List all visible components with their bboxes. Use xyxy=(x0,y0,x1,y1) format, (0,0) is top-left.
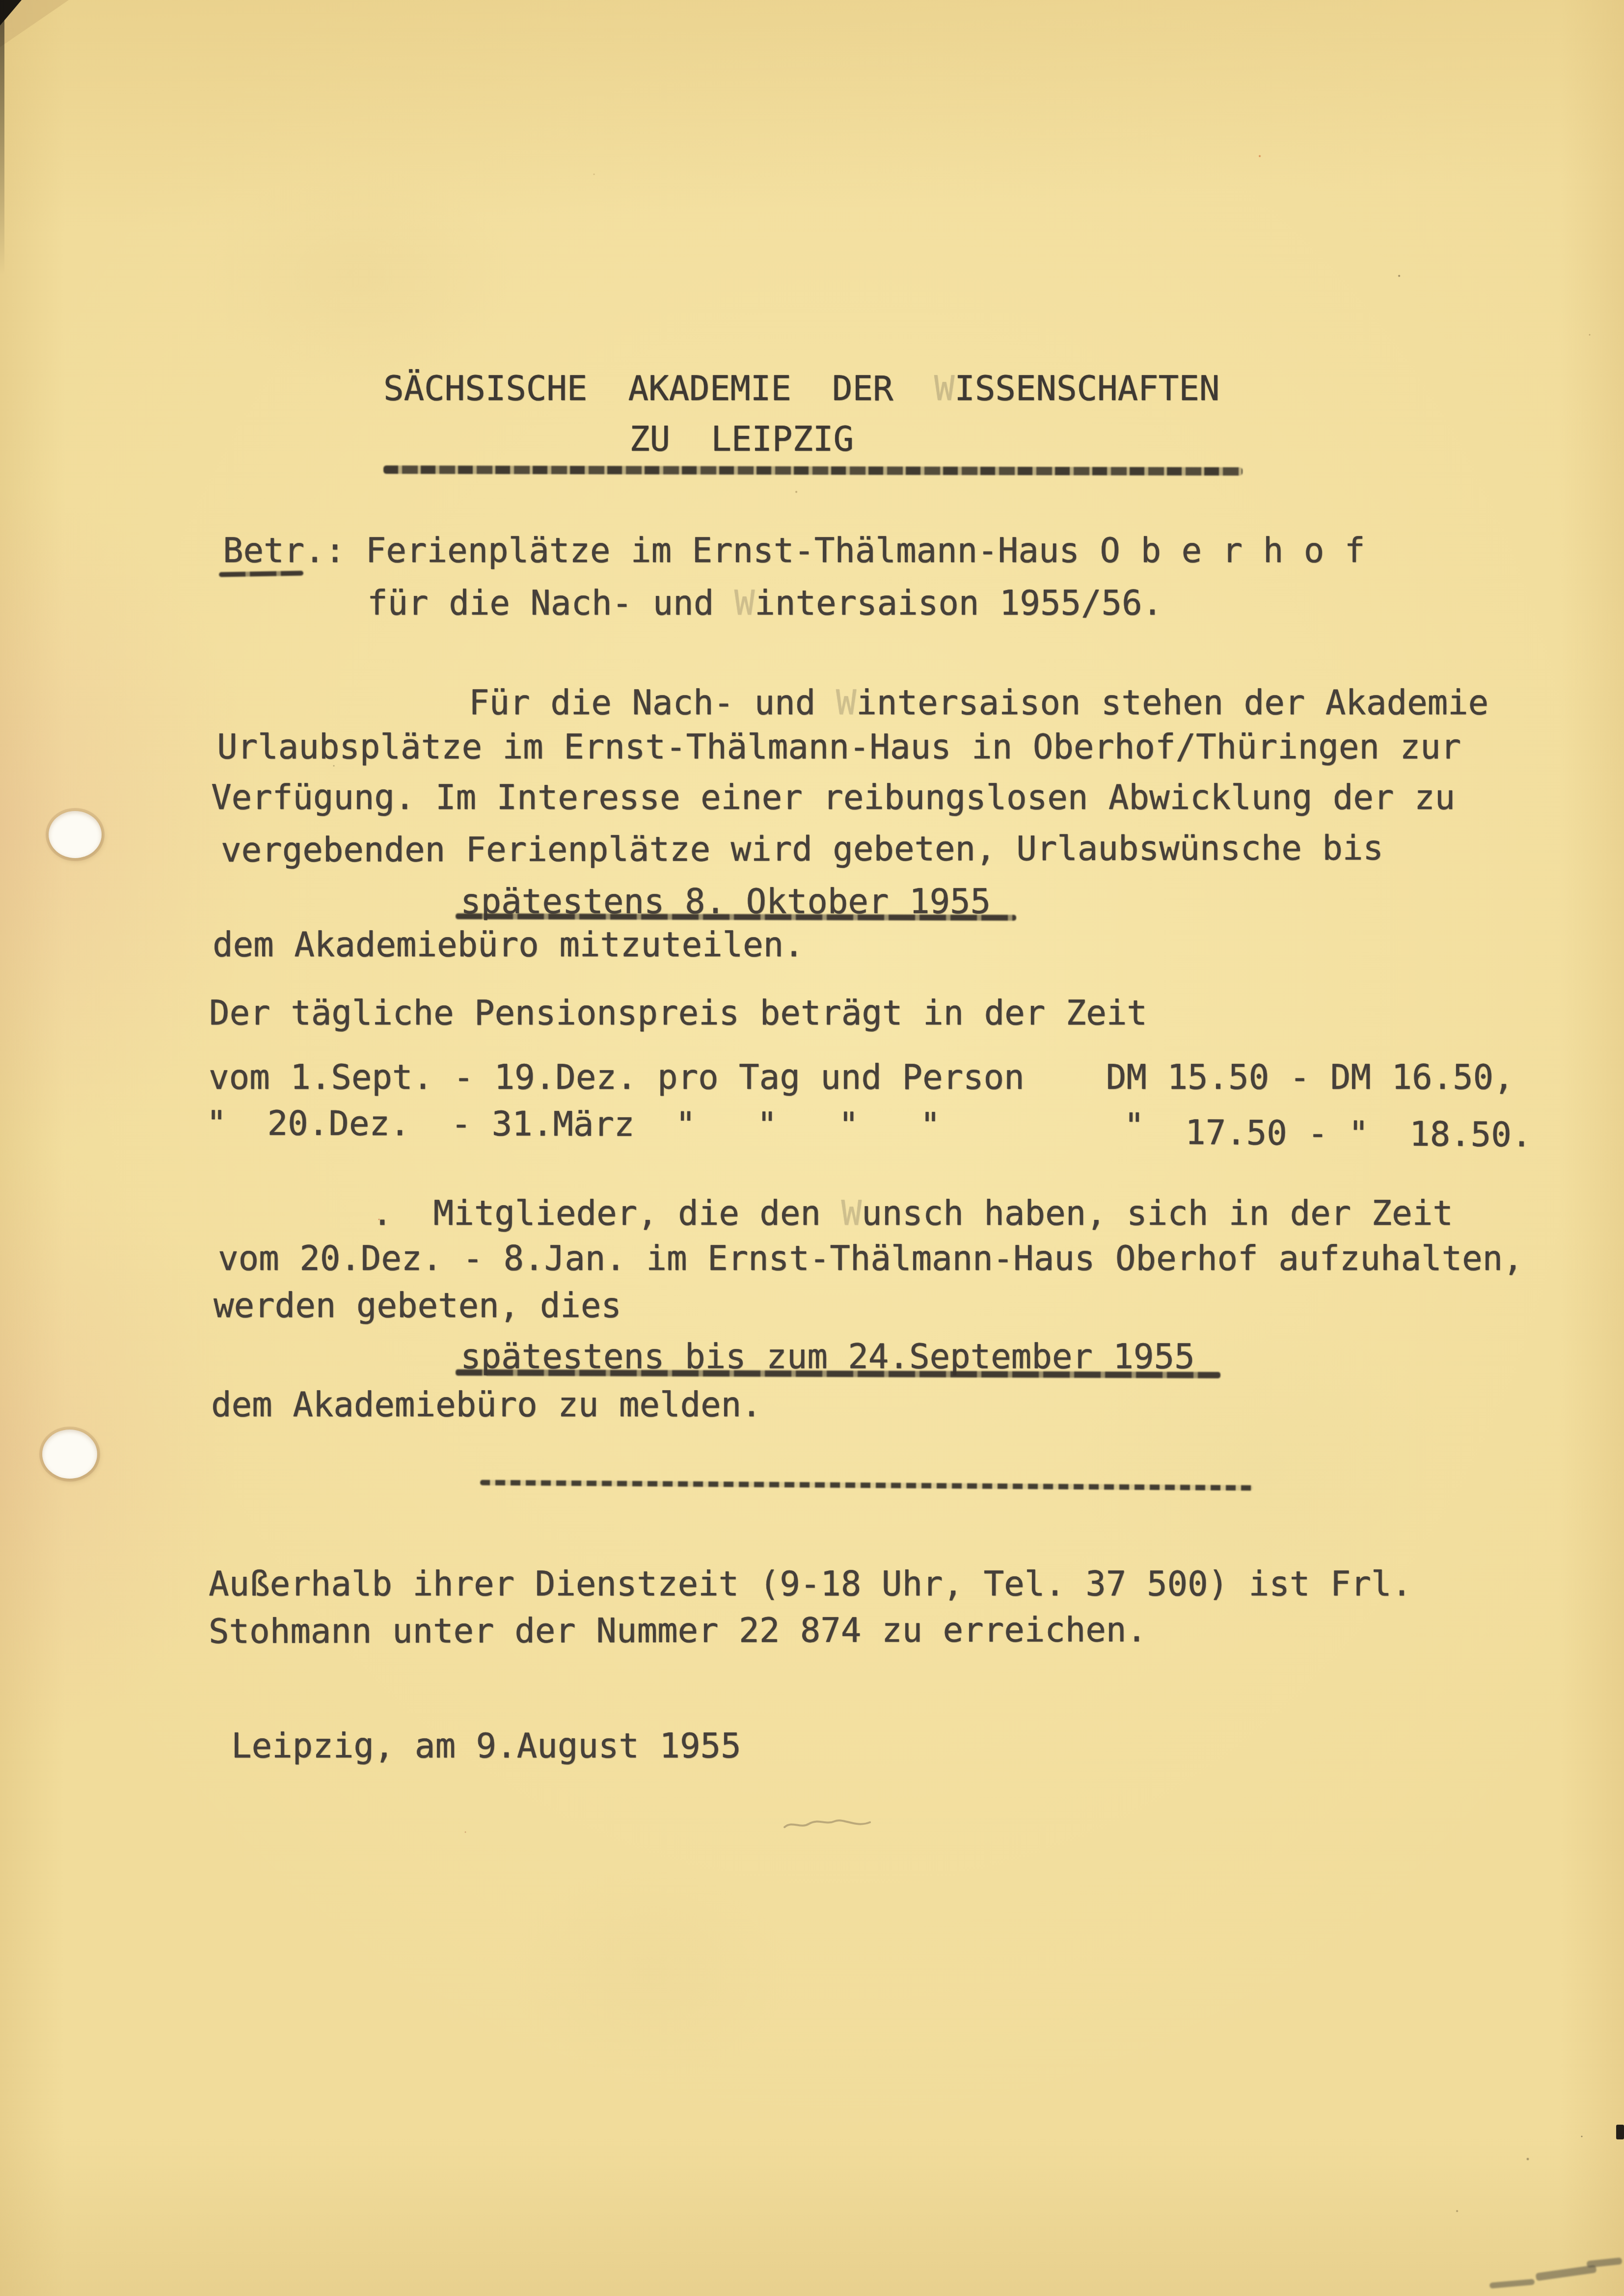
faint-w-para1: W xyxy=(836,683,857,723)
letterhead-line-1-text: SÄCHSISCHE AKADEMIE DER xyxy=(383,369,934,408)
para2-line-1-pre: . Mitglieder, die den xyxy=(372,1194,841,1233)
para2-line-1: . Mitglieder, die den Wunsch haben, sich… xyxy=(372,1197,1453,1231)
subject-line-2: für die Nach- und Wintersaison 1955/56. xyxy=(367,587,1163,621)
deadline-2: spätestens bis zum 24.September 1955 xyxy=(460,1340,1195,1374)
prices-row-2-amounts: 17.50 - " 18.50. xyxy=(1144,1116,1532,1153)
para2-line-4: dem Akademiebüro zu melden. xyxy=(211,1388,762,1422)
prices-row-2-dittos: " 20.Dez. - 31.März " " " " " xyxy=(206,1104,1144,1145)
para2-line-2-text: vom 20.Dez. - 8.Jan. im Ernst-Thälmann-H… xyxy=(218,1239,1523,1278)
para2-line-4-text: dem Akademiebüro zu melden. xyxy=(211,1385,762,1425)
subject-label-underline xyxy=(219,570,303,577)
prices-row-2: " 20.Dez. - 31.März " " " " " 17.50 - " … xyxy=(206,1107,1532,1144)
letterhead-rule xyxy=(383,465,1243,476)
contact-line-1: Außerhalb ihrer Dienstzeit (9-18 Uhr, Te… xyxy=(209,1567,1412,1601)
contact-line-2: Stohmann unter der Nummer 22 874 zu erre… xyxy=(209,1613,1147,1648)
subject-label: Betr. xyxy=(223,531,325,570)
subject-line-2-rest: intersaison 1955/56. xyxy=(755,584,1163,623)
para1-line-5-text: dem Akademiebüro mitzuteilen. xyxy=(213,925,804,965)
subject-separator: : xyxy=(325,531,366,570)
subject-place-spaced: O b e r h o f xyxy=(1100,531,1365,570)
para2-line-3-text: werden gebeten, dies xyxy=(214,1286,622,1325)
smudge-mark xyxy=(1489,2279,1535,2289)
left-edge-shadow xyxy=(0,0,4,275)
right-edge-notch xyxy=(1616,2125,1624,2139)
punch-hole-bottom xyxy=(42,1430,97,1479)
para2-line-2: vom 20.Dez. - 8.Jan. im Ernst-Thälmann-H… xyxy=(218,1242,1523,1276)
contact-line-2-text: Stohmann unter der Nummer 22 874 zu erre… xyxy=(209,1610,1147,1651)
paper-sheet: SÄCHSISCHE AKADEMIE DER WISSENSCHAFTEN Z… xyxy=(0,0,1624,2296)
prices-intro: Der tägliche Pensionspreis beträgt in de… xyxy=(209,997,1147,1030)
section-divider xyxy=(480,1480,1253,1491)
scanned-document: SÄCHSISCHE AKADEMIE DER WISSENSCHAFTEN Z… xyxy=(0,0,1624,2296)
prices-row-1-text: vom 1.Sept. - 19.Dez. pro Tag und Person… xyxy=(209,1058,1514,1097)
letterhead-line-2-text: ZU LEIPZIG xyxy=(629,420,854,459)
pencil-mark xyxy=(784,1815,872,1833)
subject-line-1: Betr.: Ferienplätze im Ernst-Thälmann-Ha… xyxy=(223,534,1365,568)
subject-text: Ferienplätze im Ernst-Thälmann-Haus xyxy=(366,531,1100,570)
dateline: Leipzig, am 9.August 1955 xyxy=(231,1729,741,1763)
letterhead-line-2: ZU LEIPZIG xyxy=(629,423,854,457)
para1-line-1-pre: Für die Nach- und xyxy=(469,683,836,723)
contact-line-1-text: Außerhalb ihrer Dienstzeit (9-18 Uhr, Te… xyxy=(209,1565,1412,1604)
faint-w-para2: W xyxy=(841,1194,862,1233)
para1-line-5: dem Akademiebüro mitzuteilen. xyxy=(213,928,804,962)
para2-line-3: werden gebeten, dies xyxy=(214,1289,622,1323)
para1-line-2-text: Urlaubsplätze im Ernst-Thälmann-Haus in … xyxy=(217,728,1461,767)
para1-line-3-text: Verfügung. Im Interesse einer reibungslo… xyxy=(211,778,1455,817)
para1-line-4-text: vergebenden Ferienplätze wird gebeten, U… xyxy=(221,829,1383,870)
para2-line-1-rest: unsch haben, sich in der Zeit xyxy=(862,1194,1453,1233)
faint-w-letterhead: W xyxy=(934,369,955,408)
faint-w-subject: W xyxy=(734,584,755,623)
subject-line-2-pre: für die Nach- und xyxy=(367,584,734,623)
prices-row-1: vom 1.Sept. - 19.Dez. pro Tag und Person… xyxy=(209,1061,1514,1095)
smudge-mark xyxy=(1535,2265,1597,2281)
para1-line-1-rest: intersaison stehen der Akademie xyxy=(856,683,1489,723)
dateline-text: Leipzig, am 9.August 1955 xyxy=(231,1727,741,1766)
para1-line-1: Für die Nach- und Wintersaison stehen de… xyxy=(469,686,1489,720)
para1-line-3: Verfügung. Im Interesse einer reibungslo… xyxy=(211,781,1455,815)
smudge-mark xyxy=(1586,2257,1622,2268)
letterhead-line-1-rest: ISSENSCHAFTEN xyxy=(954,369,1219,408)
letterhead-line-1: SÄCHSISCHE AKADEMIE DER WISSENSCHAFTEN xyxy=(383,372,1219,406)
para1-line-4: vergebenden Ferienplätze wird gebeten, U… xyxy=(221,832,1383,867)
para1-line-2: Urlaubsplätze im Ernst-Thälmann-Haus in … xyxy=(217,730,1461,764)
punch-hole-top xyxy=(49,811,102,858)
prices-intro-text: Der tägliche Pensionspreis beträgt in de… xyxy=(209,994,1147,1033)
